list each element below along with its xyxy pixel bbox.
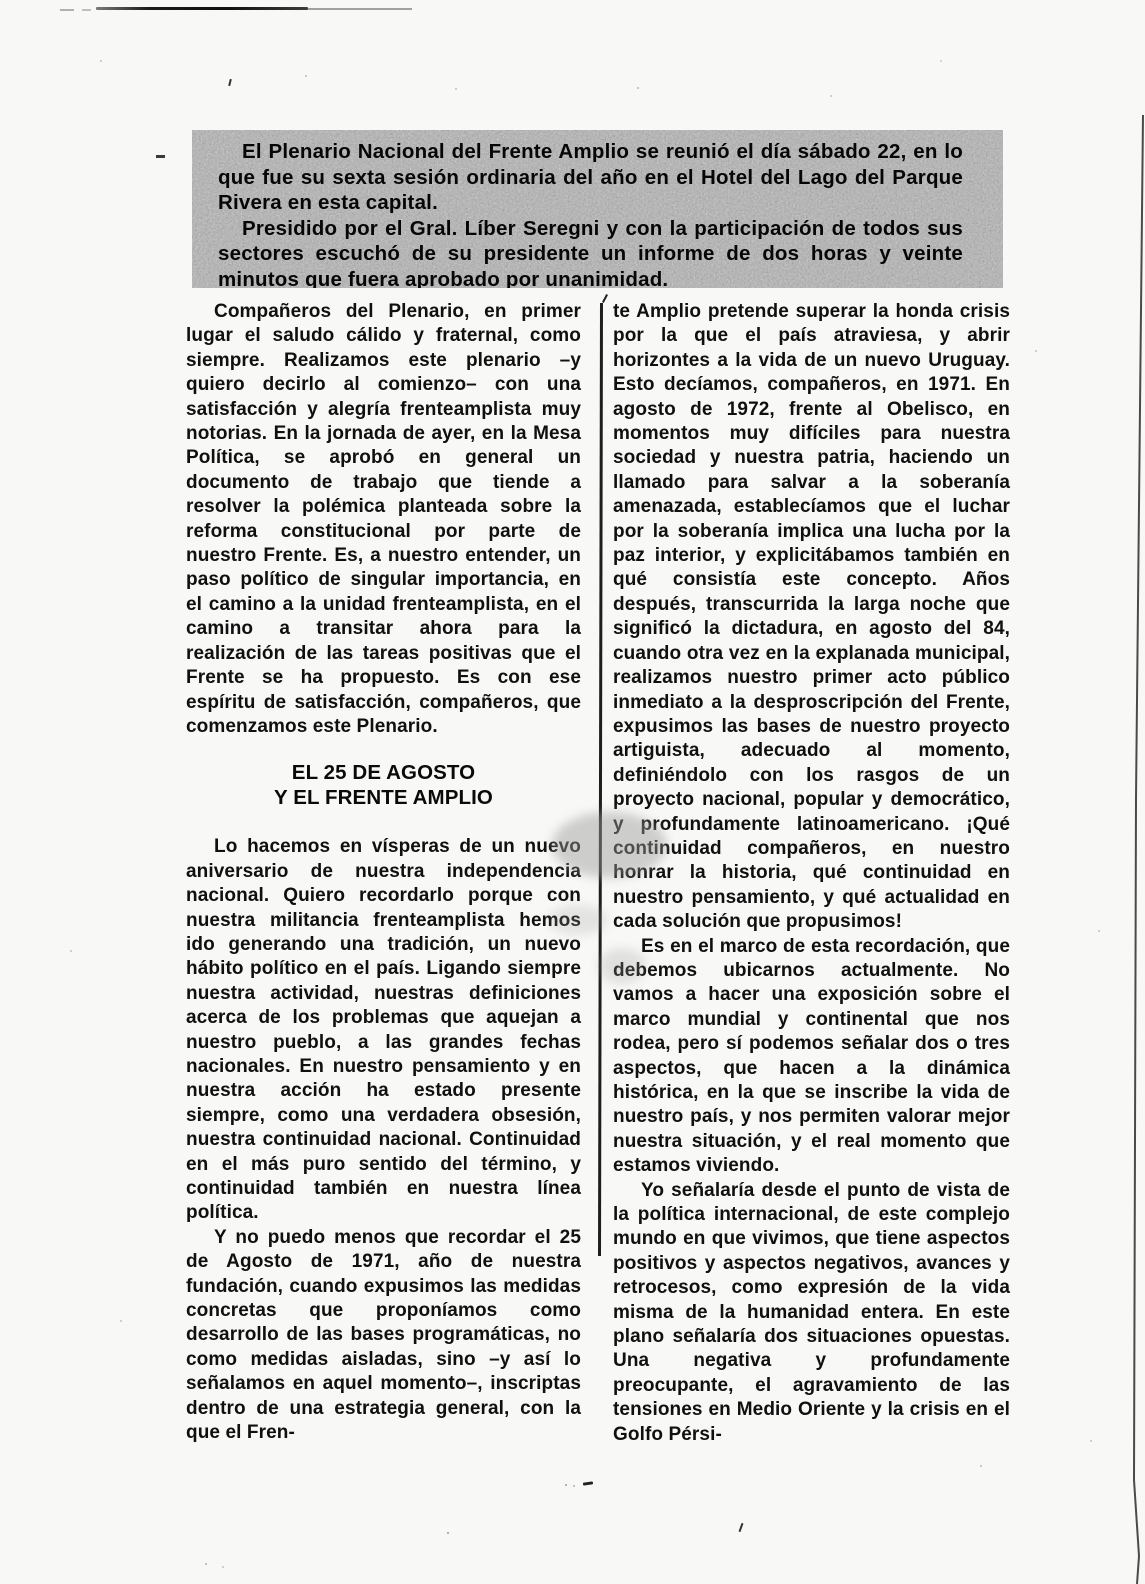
body-paragraph: Compañeros del Plenario, en primer lugar…: [186, 300, 581, 739]
scan-squiggle-mark: [583, 1481, 593, 1485]
lede-paragraph-2: Presidido por el Gral. Líber Seregni y c…: [218, 216, 963, 288]
body-paragraph: Y no puedo menos que recordar el 25 de A…: [186, 1226, 581, 1446]
scan-smudge: [552, 812, 667, 878]
scan-speck: [222, 1566, 224, 1568]
scan-speck: [830, 95, 832, 97]
scan-speck-mark: [228, 79, 232, 86]
scan-speck: [637, 87, 639, 89]
body-paragraph: Lo hacemos en vísperas de un nuevo anive…: [186, 835, 581, 1226]
scan-speck: [100, 60, 102, 62]
scan-speck: [940, 60, 942, 62]
scan-speck: [980, 1465, 982, 1467]
body-paragraph: te Amplio pretende superar la honda cris…: [613, 300, 1010, 935]
scan-speck: [447, 1532, 449, 1534]
scan-speck: [205, 1563, 207, 1565]
left-column: Compañeros del Plenario, en primer lugar…: [186, 300, 581, 1445]
lede-paragraph-1: El Plenario Nacional del Frente Amplio s…: [218, 139, 963, 216]
section-heading-line-1: EL 25 DE AGOSTO: [186, 760, 581, 785]
scan-artifact-topline: [96, 7, 308, 10]
scan-speck: [70, 950, 72, 952]
section-heading-line-2: Y EL FRENTE AMPLIO: [186, 785, 581, 810]
scanned-document-page: El Plenario Nacional del Frente Amplio s…: [0, 0, 1145, 1584]
scan-page-edge-line: [1118, 98, 1145, 1584]
column-divider-rule: [598, 303, 602, 1256]
scan-speck: [455, 88, 457, 90]
scan-speck: [660, 1410, 662, 1412]
scan-speck: [1098, 930, 1100, 932]
lede-text: El Plenario Nacional del Frente Amplio s…: [192, 130, 1003, 288]
body-paragraph: Es en el marco de esta recordación, que …: [613, 935, 1010, 1179]
section-heading: EL 25 DE AGOSTO Y EL FRENTE AMPLIO: [186, 760, 581, 810]
scan-speck: [1090, 1440, 1092, 1442]
scan-slash-mark: [739, 1523, 744, 1532]
scan-artifact-topline-dash: [60, 9, 74, 11]
lede-box: El Plenario Nacional del Frente Amplio s…: [192, 130, 1003, 288]
scan-artifact-topline-ext: [308, 8, 412, 10]
scan-divider-hook: [602, 294, 608, 303]
right-column: te Amplio pretende superar la honda cris…: [613, 300, 1010, 1447]
scan-speck: [573, 1485, 575, 1487]
scan-smudge: [598, 948, 646, 984]
scan-speck: [120, 1320, 122, 1322]
scan-speck: [305, 75, 307, 77]
scan-smudge: [548, 905, 608, 935]
body-paragraph: Yo señalaría desde el punto de vista de …: [613, 1179, 1010, 1447]
scan-artifact-topline-dash: [82, 9, 91, 11]
scan-speck: [565, 1484, 567, 1486]
scan-speck: [1035, 350, 1037, 352]
scan-dash-mark: [156, 155, 165, 158]
